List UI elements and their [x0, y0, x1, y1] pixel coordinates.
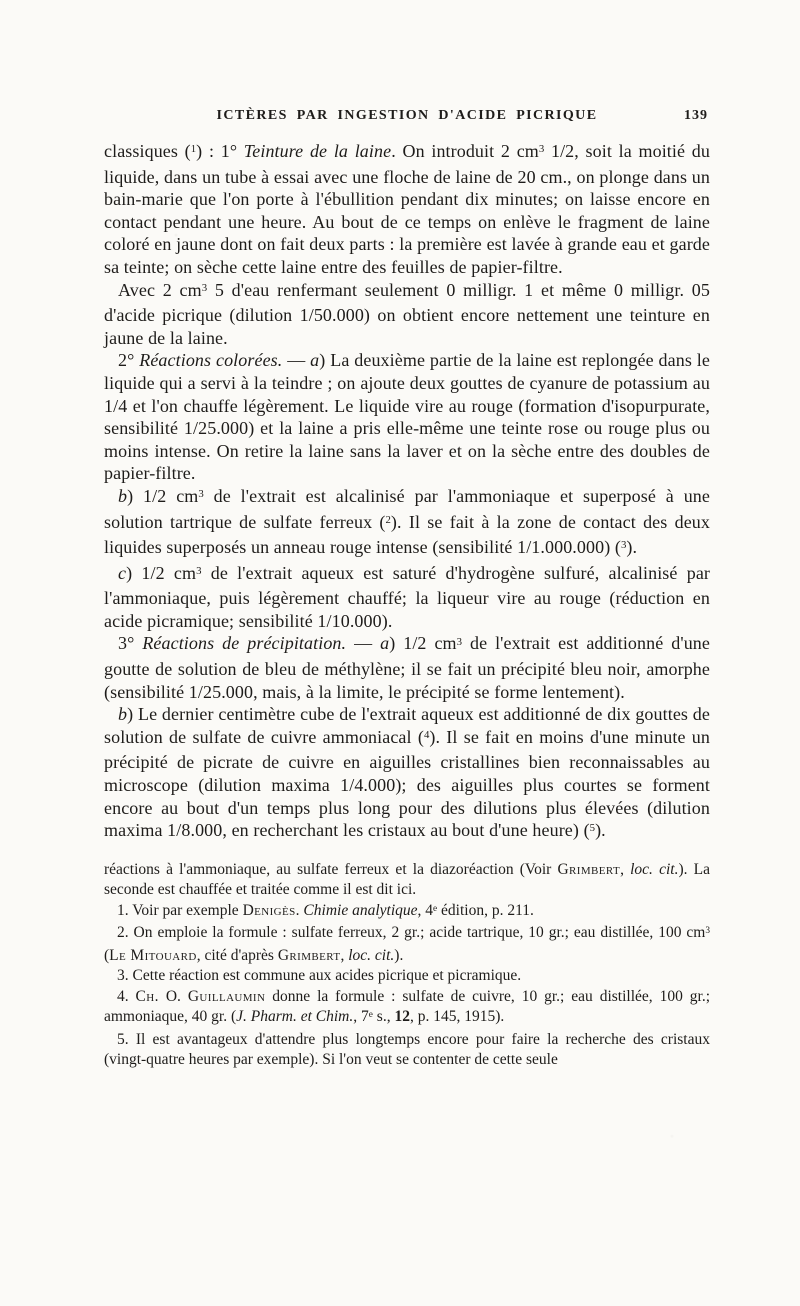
text-run: , cité d'après	[197, 947, 278, 964]
text-run: 5. Il est avantageux d'attendre plus lon…	[104, 1031, 710, 1069]
running-header: ICTÈRES PAR INGESTION D'ACIDE PICRIQUE 1…	[104, 107, 710, 124]
superscript-marker: 2	[386, 514, 391, 526]
paragraph: 2° Réactions colorées. — a) La deuxième …	[104, 349, 710, 485]
text-run: ) : 1°	[196, 141, 244, 161]
text-run: 1/2, soit la moitié du liquide, dans un …	[104, 141, 710, 277]
page-content: ICTÈRES PAR INGESTION D'ACIDE PICRIQUE 1…	[104, 107, 710, 1071]
text-run: 1. Voir par exemple	[117, 902, 243, 919]
text-run: J. Pharm. et Chim.	[236, 1008, 353, 1025]
text-run: b	[118, 486, 127, 506]
text-run: 2°	[118, 350, 139, 370]
body-text: classiques (1) : 1° Teinture de la laine…	[104, 140, 710, 845]
text-run: 4.	[117, 988, 136, 1005]
superscript-marker: e	[369, 1010, 373, 1020]
superscript-marker: 1	[191, 143, 196, 155]
text-run: réactions à l'ammoniaque, au sulfate fer…	[104, 861, 557, 878]
paragraph: Avec 2 cm3 5 d'eau renfermant seulement …	[104, 279, 710, 350]
running-header-title: ICTÈRES PAR INGESTION D'ACIDE PICRIQUE	[217, 108, 598, 123]
text-run: ).	[626, 537, 637, 557]
paragraph: b) Le dernier centimètre cube de l'extra…	[104, 703, 710, 845]
paragraph: 3° Réactions de précipitation. — a) 1/2 …	[104, 632, 710, 703]
text-run: ,	[620, 861, 630, 878]
text-run: —	[346, 633, 380, 653]
text-run: 3°	[118, 633, 142, 653]
text-run: O.	[159, 988, 188, 1005]
text-run: Le Mitouard	[109, 947, 197, 964]
text-run: Réactions de précipitation.	[142, 633, 346, 653]
superscript-marker: 3	[621, 539, 626, 551]
text-run: 12	[394, 1008, 410, 1025]
superscript-marker: e	[433, 904, 437, 914]
text-run: Ch.	[136, 988, 159, 1005]
footnote: 2. On emploie la formule : sulfate ferre…	[104, 923, 710, 966]
footnotes-section: réactions à l'ammoniaque, au sulfate fer…	[104, 860, 710, 1071]
superscript-marker: 3	[457, 636, 462, 648]
text-run: Avec 2 cm	[118, 280, 202, 300]
footnote: 3. Cette réaction est commune aux acides…	[104, 966, 710, 987]
text-run: Guillaumin	[188, 988, 266, 1005]
text-run: Chimie analytique	[303, 902, 417, 919]
text-run: , 4	[418, 902, 434, 919]
text-run: ) 1/2 cm	[126, 563, 196, 583]
paragraph: b) 1/2 cm3 de l'extrait est alcalinisé p…	[104, 485, 710, 562]
text-run: classiques (	[104, 141, 191, 161]
footnote: 5. Il est avantageux d'attendre plus lon…	[104, 1030, 710, 1071]
text-run: ).	[595, 820, 606, 840]
superscript-marker: 3	[198, 488, 203, 500]
paragraph: classiques (1) : 1° Teinture de la laine…	[104, 140, 710, 279]
text-run: c	[118, 563, 126, 583]
text-run: , p. 145, 1915).	[410, 1008, 504, 1025]
paragraph: c) 1/2 cm3 de l'extrait aqueux est satur…	[104, 562, 710, 633]
text-run: édition, p. 211.	[437, 902, 534, 919]
superscript-marker: 3	[202, 282, 207, 294]
text-run: ) 1/2 cm	[127, 486, 198, 506]
text-run: s.,	[373, 1008, 395, 1025]
text-run: loc. cit.	[630, 861, 678, 878]
text-run: Réactions colorées.	[139, 350, 282, 370]
superscript-marker: 3	[539, 143, 544, 155]
text-run: . On introduit 2 cm	[391, 141, 539, 161]
text-run: a	[310, 350, 319, 370]
text-run: Teinture de la laine	[244, 141, 391, 161]
text-run: ) 1/2 cm	[389, 633, 456, 653]
text-run: a	[380, 633, 389, 653]
text-run: ).	[394, 947, 403, 964]
page-number: 139	[684, 107, 708, 124]
text-run: Grimbert	[278, 947, 341, 964]
superscript-marker: 5	[590, 822, 595, 834]
text-run: , 7	[353, 1008, 369, 1025]
text-run: loc. cit.	[348, 947, 394, 964]
footnote: 4. Ch. O. Guillaumin donne la formule : …	[104, 987, 710, 1030]
superscript-marker: 3	[196, 565, 201, 577]
text-run: b	[118, 704, 127, 724]
superscript-marker: 4	[424, 729, 429, 741]
text-run: 2. On emploie la formule : sulfate ferre…	[117, 924, 705, 941]
text-run: Denigès	[243, 902, 296, 919]
footnote: réactions à l'ammoniaque, au sulfate fer…	[104, 860, 710, 901]
superscript-marker: 3	[705, 926, 710, 936]
text-run: 3. Cette réaction est commune aux acides…	[117, 967, 521, 984]
text-run: Grimbert	[557, 861, 620, 878]
text-run: —	[282, 350, 310, 370]
footnote: 1. Voir par exemple Denigès. Chimie anal…	[104, 901, 710, 924]
book-page: ICTÈRES PAR INGESTION D'ACIDE PICRIQUE 1…	[0, 0, 800, 1306]
